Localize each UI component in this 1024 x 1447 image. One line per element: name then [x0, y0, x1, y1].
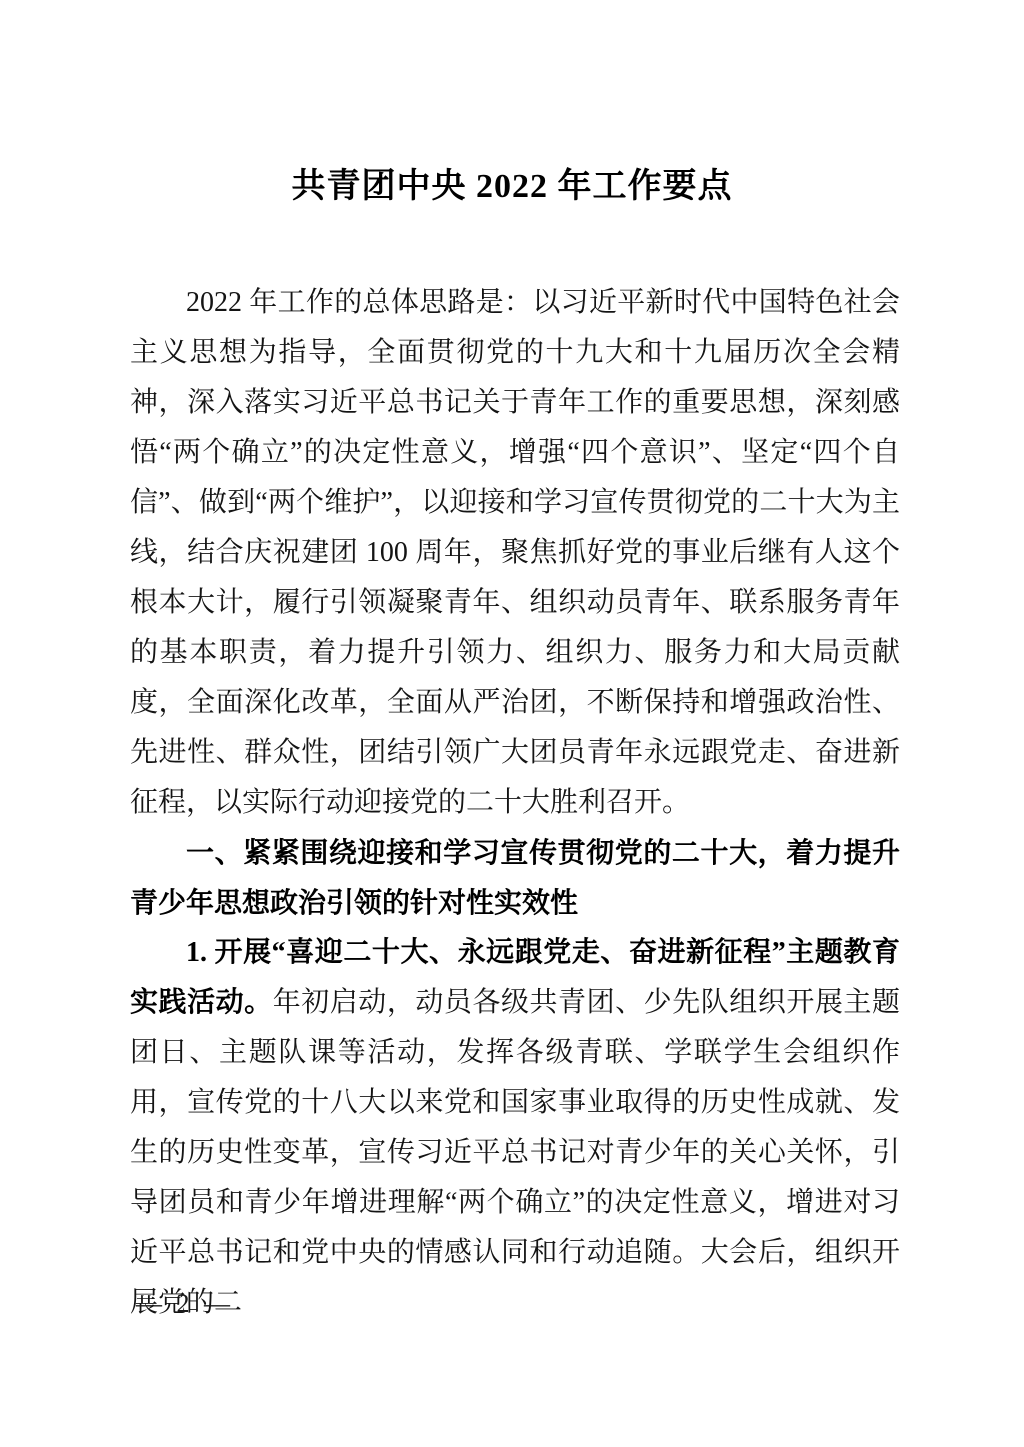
section-1-heading: 一、紧紧围绕迎接和学习宣传贯彻党的二十大，着力提升青少年思想政治引领的针对性实效… [130, 828, 900, 928]
document-title: 共青团中央 2022 年工作要点 [0, 0, 1024, 208]
page-number: — 2 — [136, 1288, 234, 1320]
intro-paragraph: 2022 年工作的总体思路是：以习近平新时代中国特色社会主义思想为指导，全面贯彻… [130, 278, 900, 828]
item-1-text: 年初启动，动员各级共青团、少先队组织开展主题团日、主题队课等活动，发挥各级青联、… [130, 987, 900, 1318]
document-page: 共青团中央 2022 年工作要点 2022 年工作的总体思路是：以习近平新时代中… [0, 0, 1024, 1447]
document-body: 2022 年工作的总体思路是：以习近平新时代中国特色社会主义思想为指导，全面贯彻… [130, 278, 900, 1328]
item-1-paragraph: 1. 开展“喜迎二十大、永远跟党走、奋进新征程”主题教育实践活动。年初启动，动员… [130, 928, 900, 1328]
